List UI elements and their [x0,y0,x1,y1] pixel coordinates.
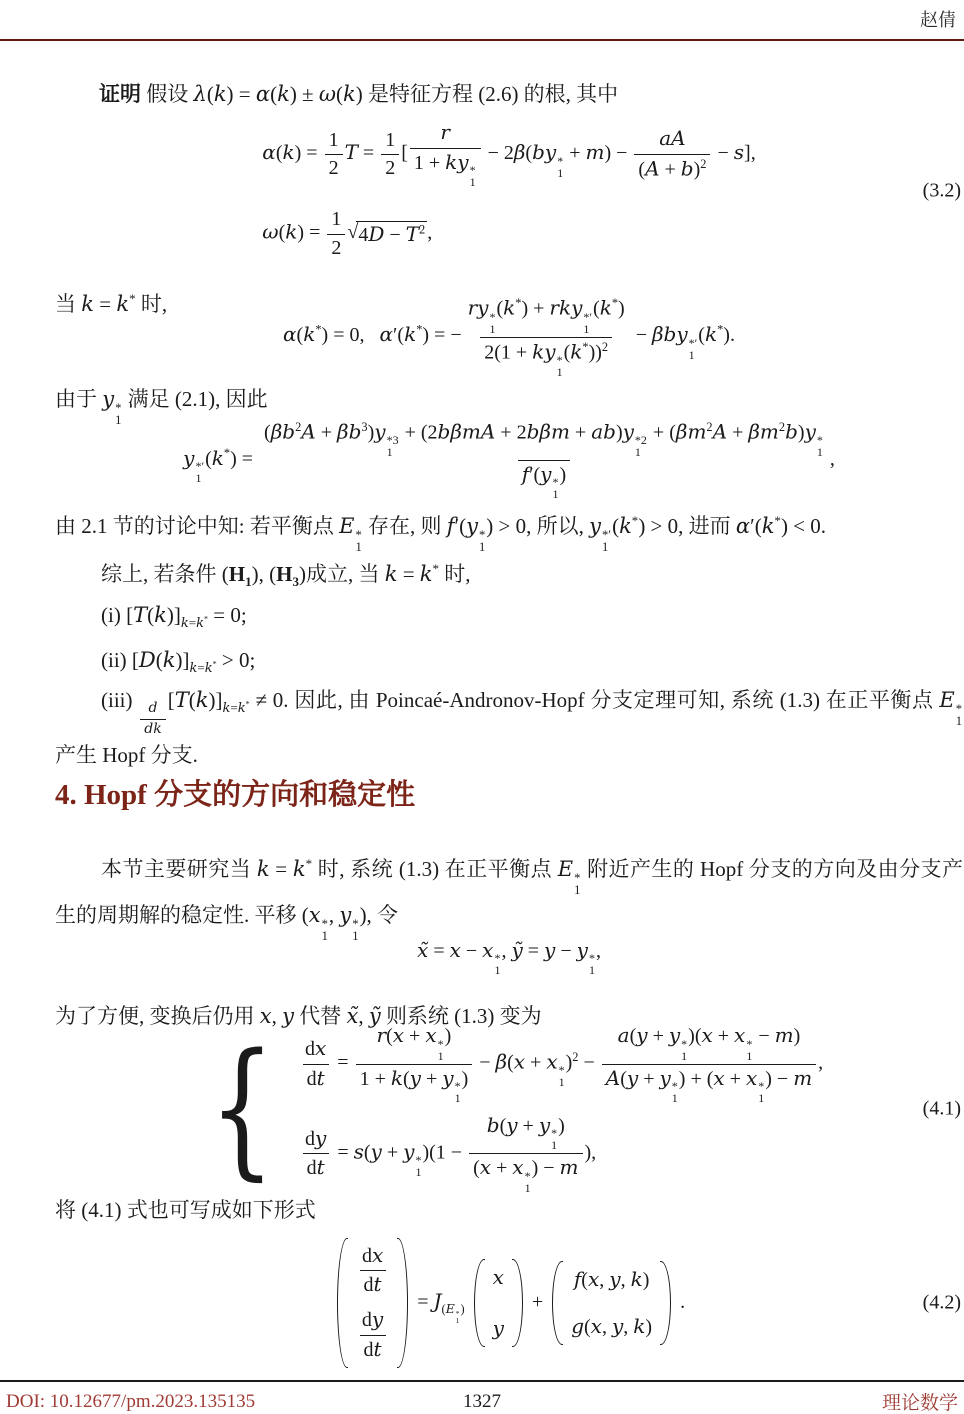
section-4-paragraph-1: 本节主要研究当 k = k* 时, 系统 (1.3) 在正平衡点 E*1 附近产… [55,845,963,943]
equation-y1-derivative: y*′1(k*) = (βb2A + βb3)y*31 + (2bβmA + 2… [55,420,963,500]
equation-4-1-line-2: dydt = s(y + y*1)(1 − b(y + y*1)(x + x*1… [299,1114,596,1194]
section-4-paragraph-3: 将 (4.1) 式也可写成如下形式 [55,1192,963,1228]
discussion-paragraph: 由 2.1 节的讨论中知: 若平衡点 E*1 存在, 则 f′(y*1) > 0… [55,503,963,554]
condition-item-iii: (iii) ddk[T(k)]k=k* ≠ 0. 因此, 由 Poincaé-A… [55,682,963,773]
equation-4-2: dxdtdydt = J(E*1) xy + f(x, y, k)g(x, y,… [55,1233,963,1373]
condition-item-i: (i) [T(k)]k=k* = 0; [55,597,963,642]
equation-tilde-substitution: x̃ = x − x*1, ỹ = y − y*1, [55,935,963,979]
footer-page-number: 1327 [463,1391,501,1413]
equation-4-1-line-1: dxdt = r(x + x*1)1 + k(y + y*1) − β(x + … [299,1024,823,1104]
equation-tag-4-1: (4.1) [923,1098,961,1121]
header-rule [0,39,964,41]
proof-label: 证明 [99,83,141,106]
proof-text: 假设 λ(k) = α(k) ± ω(k) 是特征方程 (2.6) 的根, 其中 [141,82,618,106]
equation-4-1: { dxdt = r(x + x*1)1 + k(y + y*1) − β(x … [55,1038,963,1180]
system-brace: { [209,1046,275,1172]
footer-rule [0,1380,964,1382]
document-page: 赵倩 证明 假设 λ(k) = α(k) ± ω(k) 是特征方程 (2.6) … [0,0,964,1414]
equation-tag-4-2: (4.2) [923,1292,961,1315]
equation-3-2-line-2: ω(k) = 12√4D − T2, [262,208,432,260]
summary-paragraph: 综上, 若条件 (H1), (H3)成立, 当 k = k* 时, [55,551,963,600]
proof-paragraph: 证明 假设 λ(k) = α(k) ± ω(k) 是特征方程 (2.6) 的根,… [55,76,963,113]
equation-alpha-kstar: α(k*) = 0, α′(k*) = −ry*1(k*) + rky*′1(k… [55,305,963,369]
equation-3-2: α(k) = 12T = 12[r1 + ky*1 − 2β(by*1 + m)… [55,116,963,266]
section-4-heading: 4. Hopf 分支的方向和稳定性 [55,772,415,813]
equation-3-2-line-1: α(k) = 12T = 12[r1 + ky*1 − 2β(by*1 + m)… [262,121,755,188]
equation-tag-3-2: (3.2) [923,180,961,203]
running-head-author: 赵倩 [920,6,956,32]
condition-item-ii: (ii) [D(k)]k=k* > 0; [55,642,963,687]
page-footer: DOI: 10.12677/pm.2023.135135 1327 理论数学 [6,1388,958,1414]
footer-journal-name: 理论数学 [882,1388,958,1414]
footer-doi: DOI: 10.12677/pm.2023.135135 [6,1391,255,1413]
